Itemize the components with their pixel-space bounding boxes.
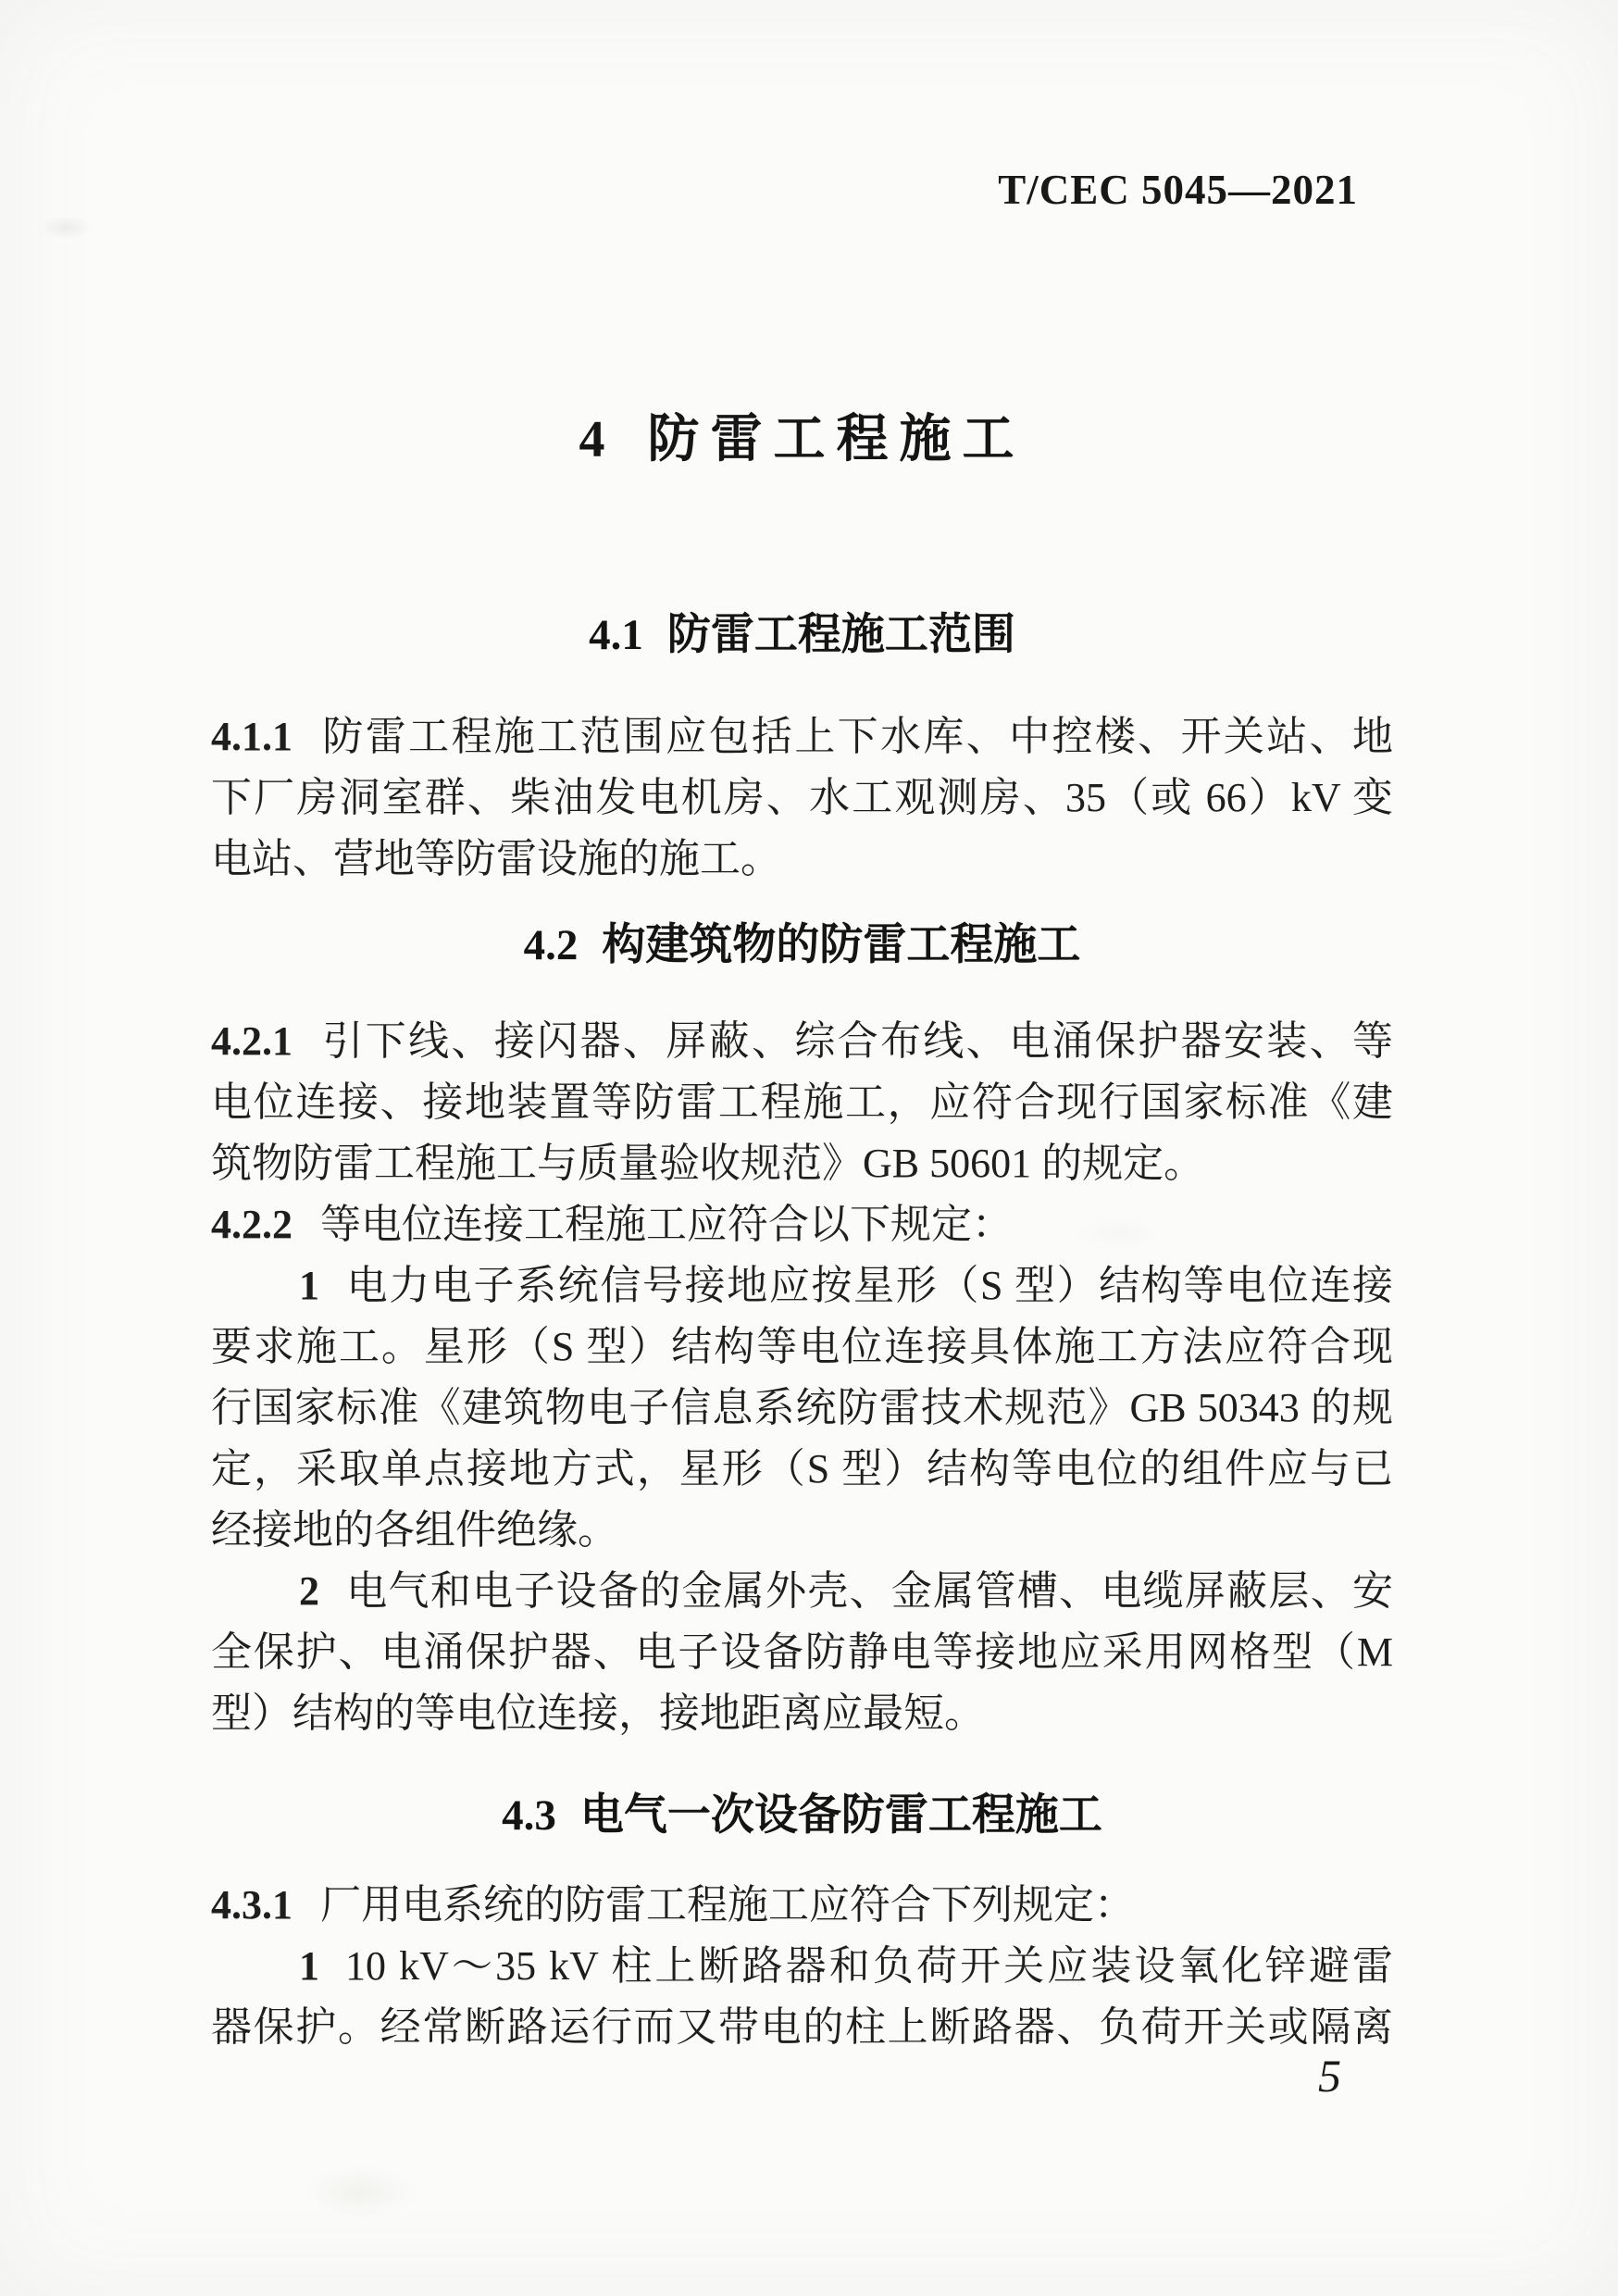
document-page: T/CEC 5045—2021 4防雷工程施工 4.1防雷工程施工范围4.1.1… xyxy=(0,0,1618,2296)
text-line: 筑物防雷工程施工与质量验收规范》GB 50601 的规定。 xyxy=(211,1133,1393,1194)
clause-number: 4.2.1 xyxy=(211,1018,292,1064)
chapter-title-text: 防雷工程施工 xyxy=(648,411,1026,468)
chapter-title: 4防雷工程施工 xyxy=(211,409,1393,470)
line-text: 电气和电子设备的金属外壳、金属管槽、电缆屏蔽层、安 xyxy=(345,1568,1393,1614)
line-text: 经接地的各组件绝缘。 xyxy=(211,1507,618,1553)
line-text: 器保护。经常断路运行而又带电的柱上断路器、负荷开关或隔离 xyxy=(211,2004,1393,2050)
paragraph: 110 kV～35 kV 柱上断路器和负荷开关应装设氧化锌避雷器保护。经常断路运… xyxy=(211,1936,1393,2058)
page-body: 4.1防雷工程施工范围4.1.1防雷工程施工范围应包括上下水库、中控楼、开关站、… xyxy=(211,604,1393,2058)
text-line: 定，采取单点接地方式，星形（S 型）结构等电位的组件应与已 xyxy=(211,1439,1393,1500)
line-text: 10 kV～35 kV 柱上断路器和负荷开关应装设氧化锌避雷 xyxy=(345,1943,1393,1989)
line-text: 型）结构的等电位连接，接地距离应最短。 xyxy=(211,1691,985,1736)
text-line: 下厂房洞室群、柴油发电机房、水工观测房、35（或 66）kV 变 xyxy=(211,767,1393,829)
text-line: 4.2.1引下线、接闪器、屏蔽、综合布线、电涌保护器安装、等 xyxy=(211,1011,1393,1072)
section-heading: 4.3电气一次设备防雷工程施工 xyxy=(211,1784,1393,1846)
text-line: 全保护、电涌保护器、电子设备防静电等接地应采用网格型（M xyxy=(211,1622,1393,1683)
line-text: 防雷工程施工范围应包括上下水库、中控楼、开关站、地 xyxy=(320,714,1393,759)
text-line: 器保护。经常断路运行而又带电的柱上断路器、负荷开关或隔离 xyxy=(211,1997,1393,2058)
paragraph: 1电力电子系统信号接地应按星形（S 型）结构等电位连接要求施工。星形（S 型）结… xyxy=(211,1255,1393,1561)
paragraph: 4.2.2等电位连接工程施工应符合以下规定： xyxy=(211,1194,1393,1255)
line-text: 要求施工。星形（S 型）结构等电位连接具体施工方法应符合现 xyxy=(211,1324,1393,1369)
line-text: 电站、营地等防雷设施的施工。 xyxy=(211,836,781,881)
text-line: 4.2.2等电位连接工程施工应符合以下规定： xyxy=(211,1194,1393,1255)
section-heading-number: 4.2 xyxy=(524,921,579,969)
section-heading: 4.2构建筑物的防雷工程施工 xyxy=(211,914,1393,976)
line-text: 厂用电系统的防雷工程施工应符合下列规定： xyxy=(320,1882,1135,1928)
section-heading-number: 4.1 xyxy=(589,611,643,659)
text-line: 行国家标准《建筑物电子信息系统防雷技术规范》GB 50343 的规 xyxy=(211,1378,1393,1439)
line-text: 定，采取单点接地方式，星形（S 型）结构等电位的组件应与已 xyxy=(211,1446,1393,1491)
text-line: 要求施工。星形（S 型）结构等电位连接具体施工方法应符合现 xyxy=(211,1316,1393,1378)
text-line: 电位连接、接地装置等防雷工程施工，应符合现行国家标准《建 xyxy=(211,1072,1393,1133)
clause-number: 4.1.1 xyxy=(211,714,292,759)
paragraph: 2电气和电子设备的金属外壳、金属管槽、电缆屏蔽层、安全保护、电涌保护器、电子设备… xyxy=(211,1561,1393,1744)
clause-number: 4.3.1 xyxy=(211,1882,292,1928)
line-text: 筑物防雷工程施工与质量验收规范》GB 50601 的规定。 xyxy=(211,1141,1204,1186)
page-number: 5 xyxy=(1318,2048,1341,2103)
section-heading-title: 构建筑物的防雷工程施工 xyxy=(602,919,1080,968)
paragraph: 4.3.1厂用电系统的防雷工程施工应符合下列规定： xyxy=(211,1875,1393,1936)
item-number: 1 xyxy=(299,1263,319,1308)
item-number: 1 xyxy=(299,1943,319,1989)
section-heading-title: 电气一次设备防雷工程施工 xyxy=(580,1790,1102,1839)
chapter-number: 4 xyxy=(579,411,605,468)
line-text: 电力电子系统信号接地应按星形（S 型）结构等电位连接 xyxy=(345,1263,1393,1308)
text-line: 1电力电子系统信号接地应按星形（S 型）结构等电位连接 xyxy=(211,1255,1393,1316)
line-text: 电位连接、接地装置等防雷工程施工，应符合现行国家标准《建 xyxy=(211,1079,1393,1125)
line-text: 全保护、电涌保护器、电子设备防静电等接地应采用网格型（M xyxy=(211,1629,1393,1675)
text-line: 2电气和电子设备的金属外壳、金属管槽、电缆屏蔽层、安 xyxy=(211,1561,1393,1622)
line-text: 行国家标准《建筑物电子信息系统防雷技术规范》GB 50343 的规 xyxy=(211,1385,1393,1430)
text-line: 电站、营地等防雷设施的施工。 xyxy=(211,829,1393,890)
paragraph: 4.1.1防雷工程施工范围应包括上下水库、中控楼、开关站、地下厂房洞室群、柴油发… xyxy=(211,706,1393,890)
line-text: 引下线、接闪器、屏蔽、综合布线、电涌保护器安装、等 xyxy=(320,1018,1393,1064)
text-line: 4.3.1厂用电系统的防雷工程施工应符合下列规定： xyxy=(211,1875,1393,1936)
line-text: 下厂房洞室群、柴油发电机房、水工观测房、35（或 66）kV 变 xyxy=(211,775,1393,820)
line-text: 等电位连接工程施工应符合以下规定： xyxy=(320,1202,1013,1247)
clause-number: 4.2.2 xyxy=(211,1202,292,1247)
text-line: 型）结构的等电位连接，接地距离应最短。 xyxy=(211,1683,1393,1744)
paragraph: 4.2.1引下线、接闪器、屏蔽、综合布线、电涌保护器安装、等电位连接、接地装置等… xyxy=(211,1011,1393,1194)
item-number: 2 xyxy=(299,1568,319,1614)
section-heading-title: 防雷工程施工范围 xyxy=(667,609,1015,658)
text-line: 4.1.1防雷工程施工范围应包括上下水库、中控楼、开关站、地 xyxy=(211,706,1393,767)
section-heading-number: 4.3 xyxy=(502,1791,556,1840)
section-heading: 4.1防雷工程施工范围 xyxy=(211,604,1393,666)
text-line: 110 kV～35 kV 柱上断路器和负荷开关应装设氧化锌避雷 xyxy=(211,1936,1393,1997)
standard-code-header: T/CEC 5045—2021 xyxy=(998,167,1358,213)
text-line: 经接地的各组件绝缘。 xyxy=(211,1500,1393,1561)
